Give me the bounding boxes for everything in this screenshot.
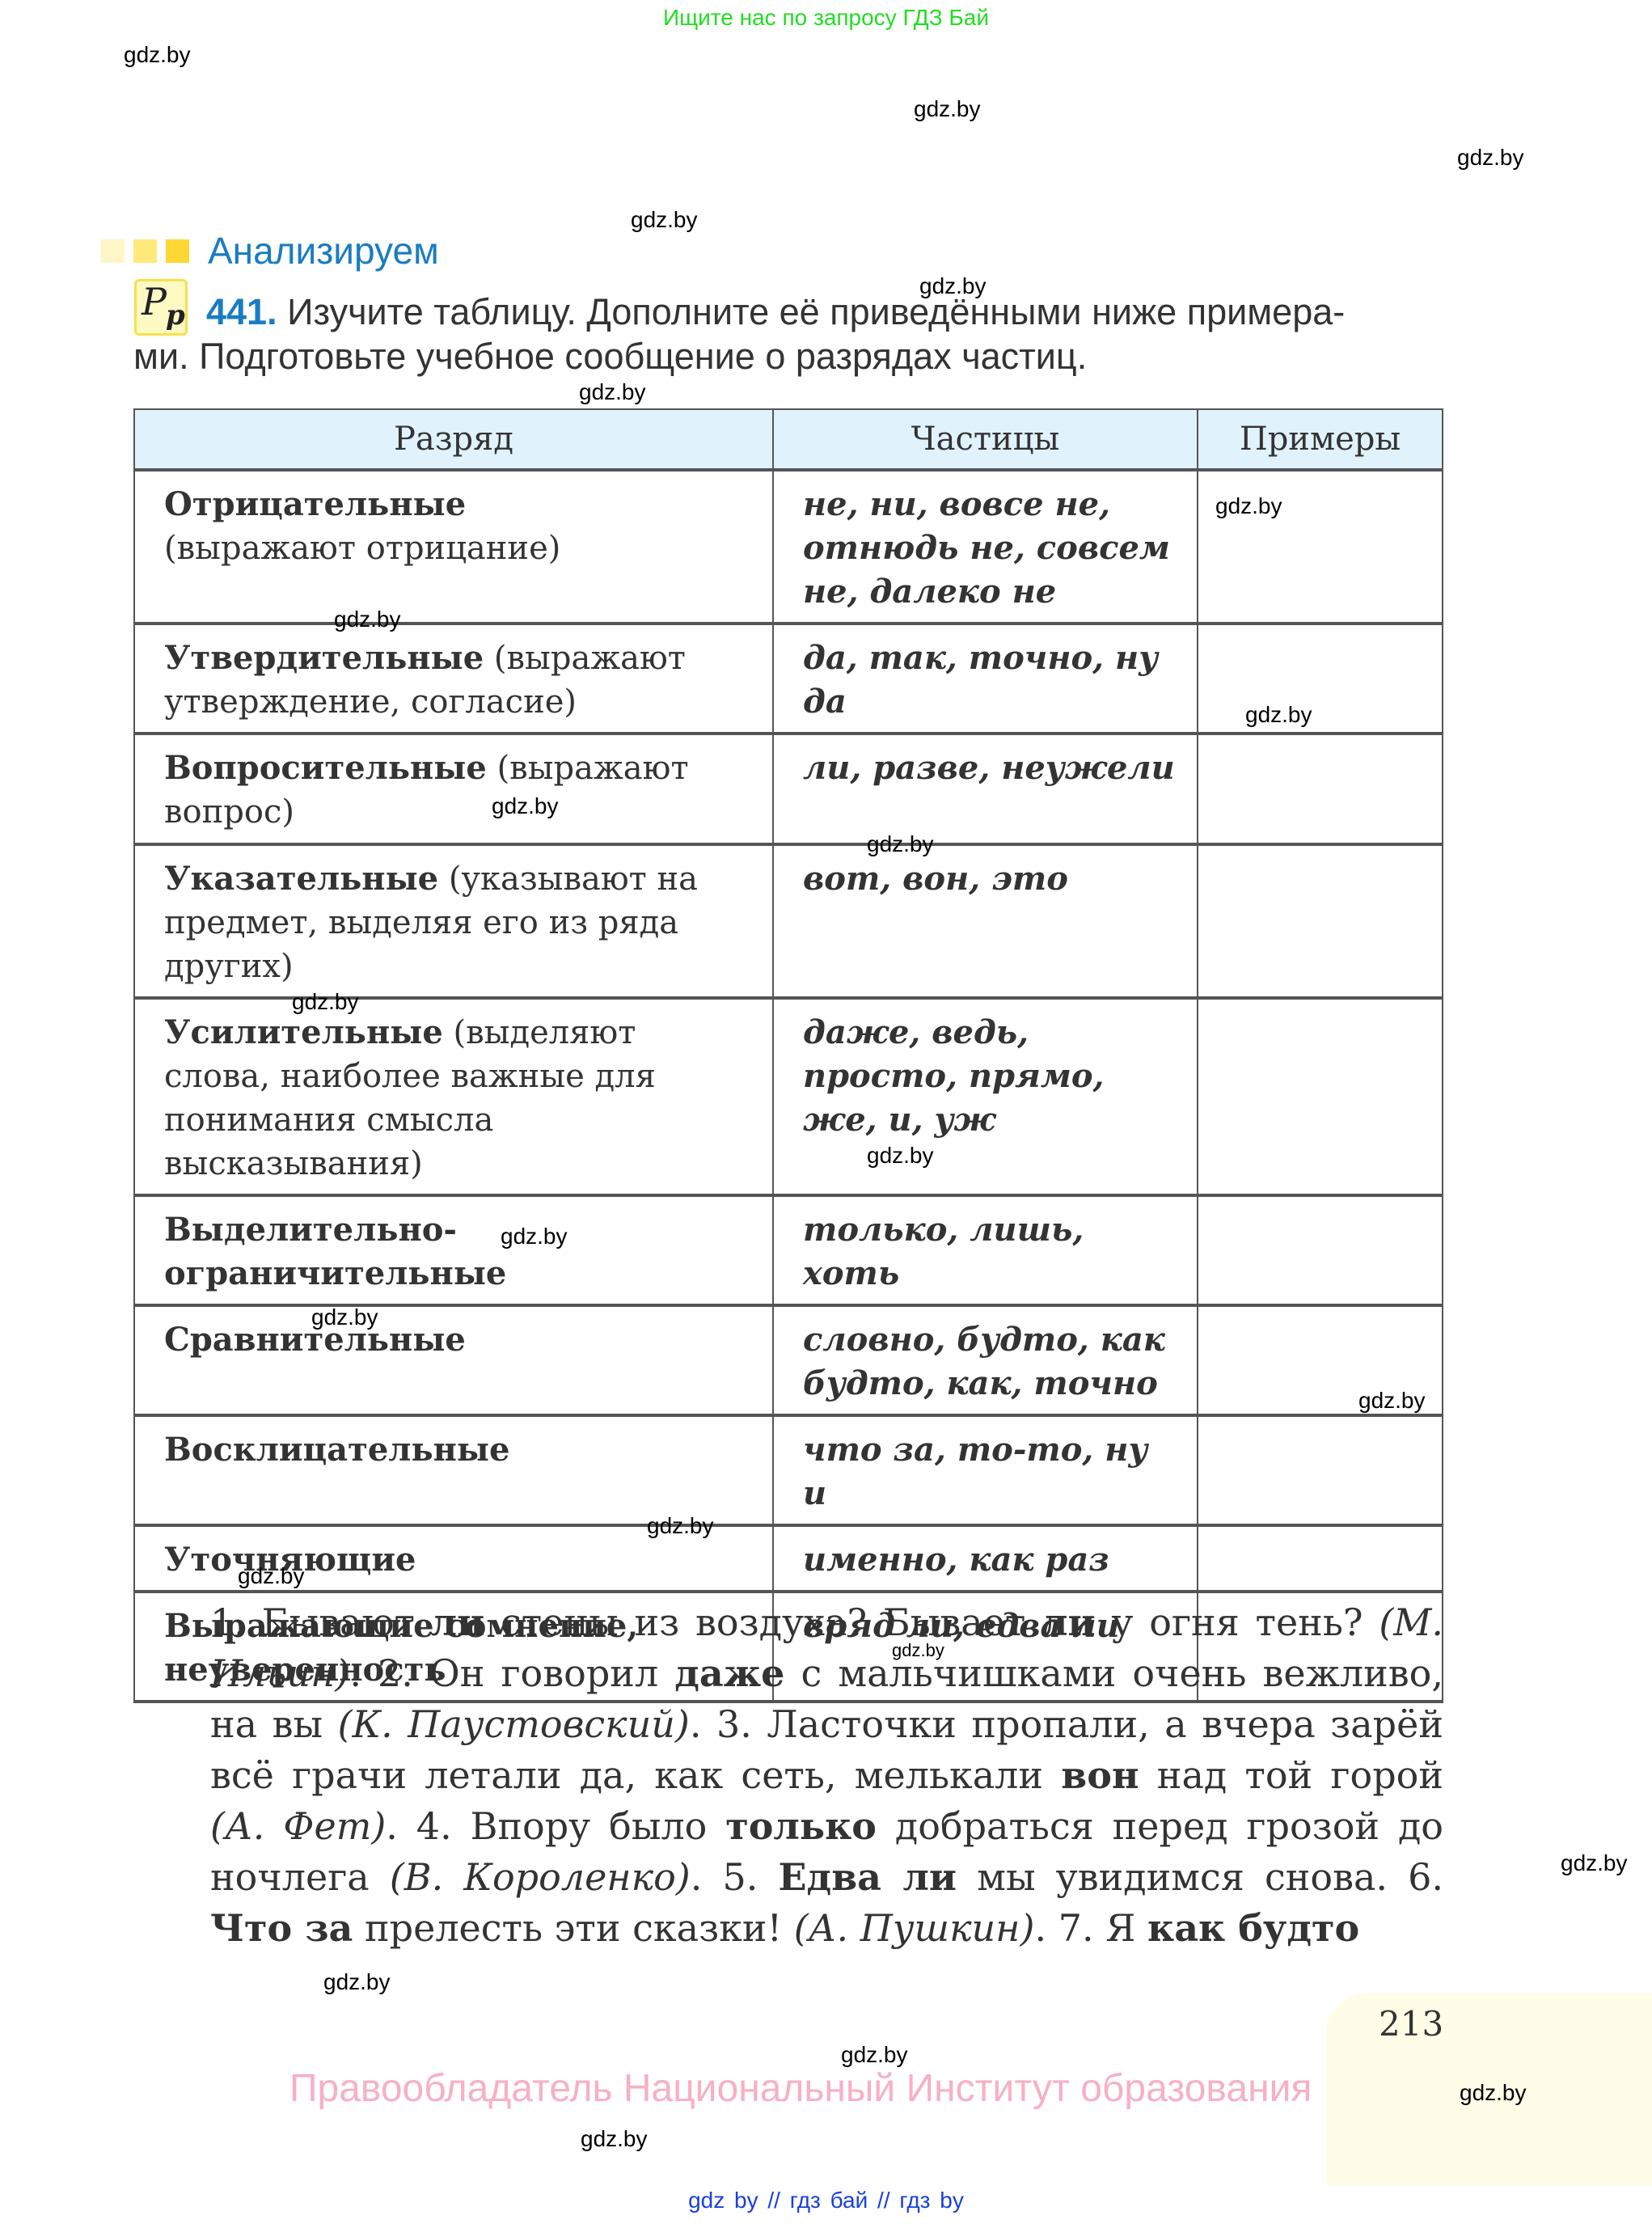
category-cell: Утвердительные (выражают утверждение, со… <box>134 624 773 734</box>
top-banner: Ищите нас по запросу ГДЗ Бай <box>0 5 1652 31</box>
category-cell: Выделительно-ограничительные <box>134 1195 773 1305</box>
watermark: gdz.by <box>334 608 401 631</box>
column-header: Примеры <box>1198 409 1443 470</box>
sentence-text: . <box>1034 1906 1058 1950</box>
square-icon <box>101 239 125 263</box>
watermark: gdz.by <box>841 2044 908 2066</box>
category-name: Вопросительные <box>164 749 487 787</box>
particle-highlight: Едва ли <box>778 1855 957 1899</box>
category-name: Отрицательные <box>164 485 466 523</box>
footer-link[interactable]: гдз бай <box>790 2188 868 2213</box>
exercise-text: Изучите таблицу. Дополните её приведённы… <box>287 291 1345 332</box>
example-sentence: 7. Я как будто <box>1058 1906 1360 1950</box>
watermark: gdz.by <box>631 209 698 231</box>
category-cell: Указательные (указывают на предмет, выде… <box>134 844 773 998</box>
watermark: gdz.by <box>647 1515 714 1537</box>
sentence-text: прелесть эти сказки! <box>353 1906 793 1950</box>
sentence-text: над той горой <box>1139 1753 1443 1797</box>
sentence-text: 5. <box>722 1855 778 1899</box>
watermark: gdz.by <box>1457 146 1524 169</box>
particles-cell: вот, вон, это <box>773 844 1198 998</box>
category-name: Выделительно-ограничительные <box>164 1211 506 1292</box>
category-name: Восклицательные <box>164 1431 509 1469</box>
category-cell: Восклицательные <box>134 1415 773 1525</box>
column-header: Частицы <box>773 409 1198 470</box>
category-name: Усилительные <box>164 1013 443 1051</box>
examples-cell[interactable] <box>1198 1195 1443 1305</box>
category-cell: Усилительные (выделяют слова, наиболее в… <box>134 998 773 1195</box>
author-attribution: (А. Фет) <box>210 1804 386 1848</box>
speech-development-icon: P p <box>134 279 188 336</box>
table-header-row: Разряд Частицы Примеры <box>134 409 1443 470</box>
table-row: Восклицательныечто за, то-то, ну и <box>134 1415 1443 1525</box>
watermark: gdz.by <box>492 795 559 818</box>
sentence-text: . <box>690 1702 716 1746</box>
particles-cell: даже, ведь, просто, прямо, же, и, уж <box>773 998 1198 1195</box>
table-row: Уточняющиеименно, как раз <box>134 1525 1443 1592</box>
exercise-task: 441. Изучите таблицу. Дополните её приве… <box>206 290 1443 334</box>
watermark: gdz.by <box>311 1306 378 1329</box>
watermark: gdz.by <box>323 1971 391 1994</box>
exercise-text-line2: ми. Подготовьте учебное сообщение о разр… <box>133 334 1451 378</box>
column-header: Разряд <box>134 409 773 470</box>
watermark: gdz.by <box>1460 2082 1527 2104</box>
watermark: gdz.by <box>1215 495 1282 518</box>
examples-cell[interactable] <box>1198 624 1443 734</box>
particle-highlight: Что за <box>210 1906 353 1950</box>
particles-cell: только, лишь, хоть <box>773 1195 1198 1305</box>
watermark: gdz.by <box>1561 1852 1628 1875</box>
example-sentence: 5. Едва ли мы увидимся снова. <box>722 1855 1408 1899</box>
watermark: gdz.by <box>238 1565 305 1588</box>
category-name: Указательные <box>164 860 438 898</box>
particles-cell: что за, то-то, ну и <box>773 1415 1198 1525</box>
examples-cell[interactable] <box>1198 1525 1443 1592</box>
sentence-text: 2. Он говорил <box>378 1651 674 1695</box>
footer-link[interactable]: gdz by <box>688 2188 758 2213</box>
footer-link[interactable]: гдз by <box>899 2188 963 2213</box>
sentence-text: 6. <box>1408 1855 1443 1899</box>
particles-cell: не, ни, вовсе не, от­нюдь не, совсем не,… <box>773 470 1198 624</box>
watermark: gdz.by <box>892 1642 944 1660</box>
watermark: gdz.by <box>867 1144 934 1167</box>
exercise-number: 441. <box>206 291 277 332</box>
copyright-notice: Правообладатель Национальный Институт об… <box>289 2066 1312 2111</box>
sentence-text: . <box>691 1855 723 1899</box>
watermark: gdz.by <box>914 98 981 121</box>
watermark: gdz.by <box>581 2128 648 2150</box>
author-attribution: (В. Короленко) <box>390 1855 691 1899</box>
examples-cell[interactable] <box>1198 734 1443 844</box>
sentence-text: . <box>349 1651 378 1695</box>
square-icon <box>133 239 157 263</box>
section-title: Анализируем <box>208 229 439 273</box>
section-header: Анализируем <box>101 226 439 275</box>
category-name: Утвердительные <box>164 639 484 677</box>
particle-highlight: только <box>725 1804 877 1848</box>
sentence-text: 4. Впору было <box>416 1804 725 1848</box>
particle-highlight: как будто <box>1147 1906 1359 1950</box>
sentence-text: у огня тень? <box>1096 1600 1379 1644</box>
category-cell: Сравнительные <box>134 1305 773 1415</box>
table-row: Вопросительные (выражают вопрос)ли, разв… <box>134 734 1443 844</box>
example-sentences: 1. Бывают ли стены из воздуха? Бывает ли… <box>133 1597 1443 1954</box>
footer-separator: // <box>767 2188 780 2213</box>
particles-table: Разряд Частицы Примеры Отрицательные(выр… <box>133 408 1443 1703</box>
table-row: Указательные (указывают на предмет, выде… <box>134 844 1443 998</box>
examples-cell[interactable] <box>1198 1415 1443 1525</box>
particles-cell: словно, будто, как будто, как, точно <box>773 1305 1198 1415</box>
particle-highlight: даже <box>674 1651 784 1695</box>
category-note: (выражают отрицание) <box>164 530 560 567</box>
watermark: gdz.by <box>501 1225 568 1248</box>
footer-links: gdz by // гдз бай // гдз by <box>0 2188 1652 2213</box>
category-cell: Отрицательные(выражают отрицание) <box>134 470 773 624</box>
examples-cell[interactable] <box>1198 998 1443 1195</box>
sentence-text: 7. Я <box>1058 1906 1147 1950</box>
examples-cell[interactable] <box>1198 844 1443 998</box>
watermark: gdz.by <box>292 991 359 1013</box>
sentence-text: мы увидимся снова. <box>957 1855 1408 1899</box>
page-number: 213 <box>1379 2004 1443 2044</box>
particle-highlight: ли <box>431 1600 485 1644</box>
author-attribution: (К. Паустовский) <box>338 1702 690 1746</box>
watermark: gdz.by <box>1358 1389 1426 1412</box>
sentence-text: 1. Бывают <box>210 1600 431 1644</box>
particles-cell: ли, разве, неужели <box>773 734 1198 844</box>
watermark: gdz.by <box>1245 704 1312 726</box>
square-icon <box>166 239 189 263</box>
category-cell: Вопросительные (выражают вопрос) <box>134 734 773 844</box>
sentence-text: . <box>386 1804 416 1848</box>
table-row: Усилительные (выделяют слова, наиболее в… <box>134 998 1443 1195</box>
particle-highlight: вон <box>1061 1753 1139 1797</box>
watermark: gdz.by <box>867 833 934 856</box>
particles-cell: именно, как раз <box>773 1525 1198 1592</box>
author-attribution: (А. Пушкин) <box>794 1906 1035 1950</box>
particle-highlight: ли <box>1041 1600 1096 1644</box>
table-row: Выделительно-ограничительныетолько, лишь… <box>134 1195 1443 1305</box>
watermark: gdz.by <box>124 44 191 66</box>
footer-separator: // <box>877 2188 890 2213</box>
sentence-text: стены из воздуха? Бывает <box>484 1600 1041 1644</box>
particles-cell: да, так, точно, ну да <box>773 624 1198 734</box>
watermark: gdz.by <box>579 381 646 404</box>
